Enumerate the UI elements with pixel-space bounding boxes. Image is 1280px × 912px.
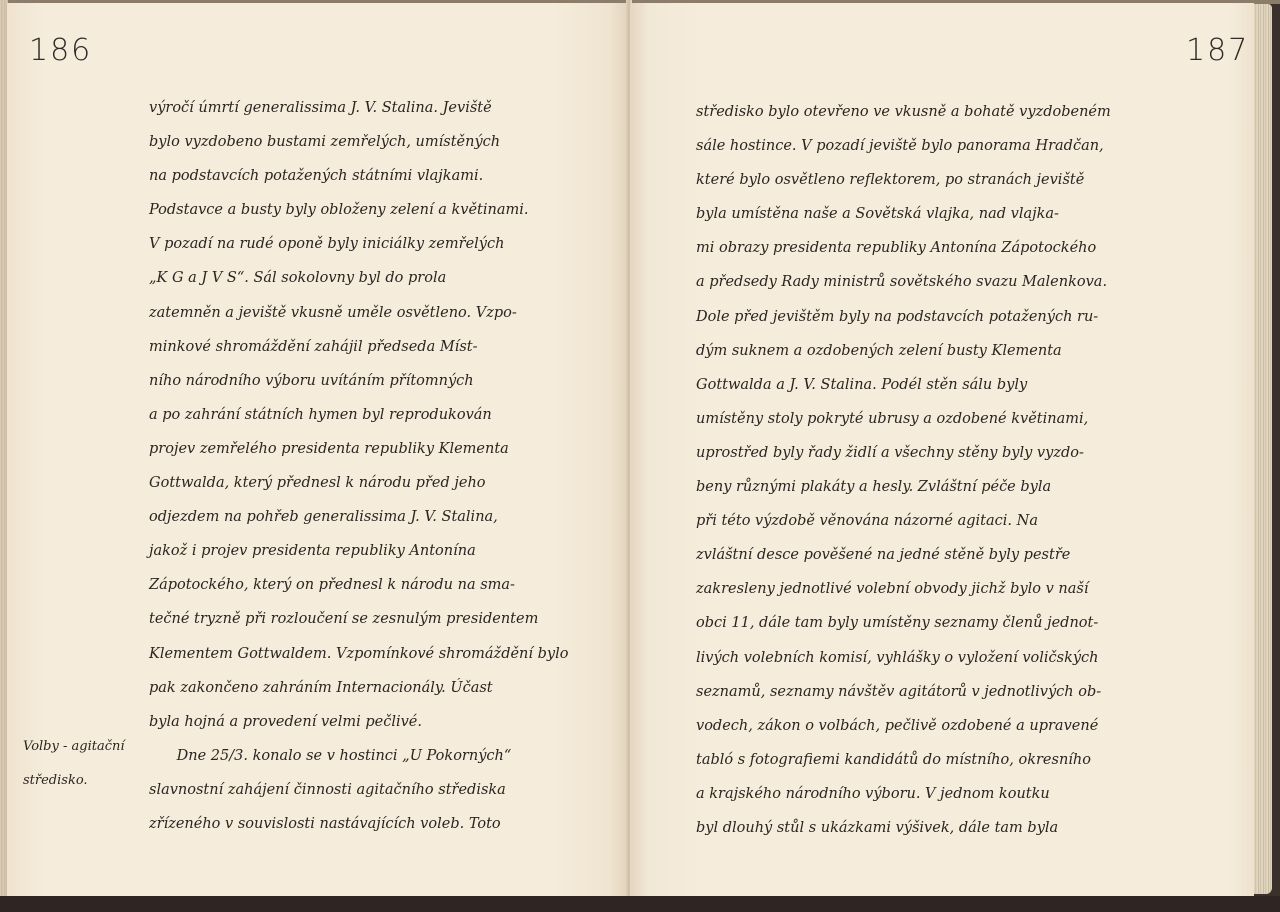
text-line: které bylo osvětleno reflektorem, po str…: [696, 163, 1111, 197]
text-line: vodech, zákon o volbách, pečlivě ozdoben…: [696, 709, 1111, 743]
page-number-left: 186: [29, 33, 92, 68]
text-line: a krajského národního výboru. V jednom k…: [696, 777, 1111, 811]
text-line: „K G a J V S“. Sál sokolovny byl do prol…: [149, 261, 569, 295]
text-line: zřízeného v souvislosti nastávajících vo…: [149, 807, 569, 841]
text-line: zvláštní desce pověšené na jedné stěně b…: [696, 538, 1111, 572]
text-line: Zápotockého, který on přednesl k národu …: [149, 568, 569, 602]
text-line: byla hojná a provedení velmi pečlivé.: [149, 705, 569, 739]
text-line: dým suknem a ozdobených zelení busty Kle…: [696, 334, 1111, 368]
text-line: umístěny stoly pokryté ubrusy a ozdobené…: [696, 402, 1111, 436]
text-line: pak zakončeno zahráním Internacionály. Ú…: [149, 671, 569, 705]
text-line: obci 11, dále tam byly umístěny seznamy …: [696, 606, 1111, 640]
right-page: 187 středisko bylo otevřeno ve vkusně a …: [630, 3, 1254, 896]
text-line: a předsedy Rady ministrů sovětského svaz…: [696, 265, 1111, 299]
text-line: Dole před jevištěm byly na podstavcích p…: [696, 300, 1111, 334]
left-page-text: výročí úmrtí generalissima J. V. Stalina…: [149, 91, 569, 841]
text-line: Klementem Gottwaldem. Vzpomínkové shromá…: [149, 637, 569, 671]
text-line: zakresleny jednotlivé volební obvody jic…: [696, 572, 1111, 606]
text-line: Gottwalda, který přednesl k národu před …: [149, 466, 569, 500]
text-line: sále hostince. V pozadí jeviště bylo pan…: [696, 129, 1111, 163]
page-number-right: 187: [1186, 33, 1249, 68]
text-line: projev zemřelého presidenta republiky Kl…: [149, 432, 569, 466]
text-line: beny různými plakáty a hesly. Zvláštní p…: [696, 470, 1111, 504]
text-line: odjezdem na pohřeb generalissima J. V. S…: [149, 500, 569, 534]
text-line: Dne 25/3. konalo se v hostinci „U Pokorn…: [149, 739, 569, 773]
text-line: livých volebních komisí, vyhlášky o vylo…: [696, 641, 1111, 675]
margin-note: Volby - agitační středisko.: [23, 730, 125, 798]
text-line: bylo vyzdobeno bustami zemřelých, umístě…: [149, 125, 569, 159]
right-page-edges: [1254, 4, 1272, 894]
text-line: tabló s fotografiemi kandidátů do místní…: [696, 743, 1111, 777]
background-surface: [0, 896, 1280, 912]
margin-note-line: Volby - agitační: [23, 730, 125, 764]
text-line: a po zahrání státních hymen byl reproduk…: [149, 398, 569, 432]
text-line: slavnostní zahájení činnosti agitačního …: [149, 773, 569, 807]
right-page-text: středisko bylo otevřeno ve vkusně a boha…: [696, 95, 1111, 845]
text-line: Podstavce a busty byly obloženy zelení a…: [149, 193, 569, 227]
open-book: 186 Volby - agitační středisko. výročí ú…: [0, 0, 1280, 900]
text-line: minkové shromáždění zahájil předseda Mís…: [149, 330, 569, 364]
text-line: byla umístěna naše a Sovětská vlajka, na…: [696, 197, 1111, 231]
text-line: výročí úmrtí generalissima J. V. Stalina…: [149, 91, 569, 125]
text-line: seznamů, seznamy návštěv agitátorů v jed…: [696, 675, 1111, 709]
text-line: uprostřed byly řady židlí a všechny stěn…: [696, 436, 1111, 470]
margin-note-line: středisko.: [23, 764, 125, 798]
text-line: jakož i projev presidenta republiky Anto…: [149, 534, 569, 568]
text-line: na podstavcích potažených státními vlajk…: [149, 159, 569, 193]
text-line: zatemněn a jeviště vkusně uměle osvětlen…: [149, 296, 569, 330]
text-line: při této výzdobě věnována názorné agitac…: [696, 504, 1111, 538]
text-line: ního národního výboru uvítáním přítomnýc…: [149, 364, 569, 398]
text-line: Gottwalda a J. V. Stalina. Podél stěn sá…: [696, 368, 1111, 402]
left-page: 186 Volby - agitační středisko. výročí ú…: [6, 3, 628, 896]
text-line: mi obrazy presidenta republiky Antonína …: [696, 231, 1111, 265]
text-line: středisko bylo otevřeno ve vkusně a boha…: [696, 95, 1111, 129]
text-line: V pozadí na rudé oponě byly iniciálky ze…: [149, 227, 569, 261]
text-line: tečné tryzně při rozloučení se zesnulým …: [149, 602, 569, 636]
text-line: byl dlouhý stůl s ukázkami výšivek, dále…: [696, 811, 1111, 845]
